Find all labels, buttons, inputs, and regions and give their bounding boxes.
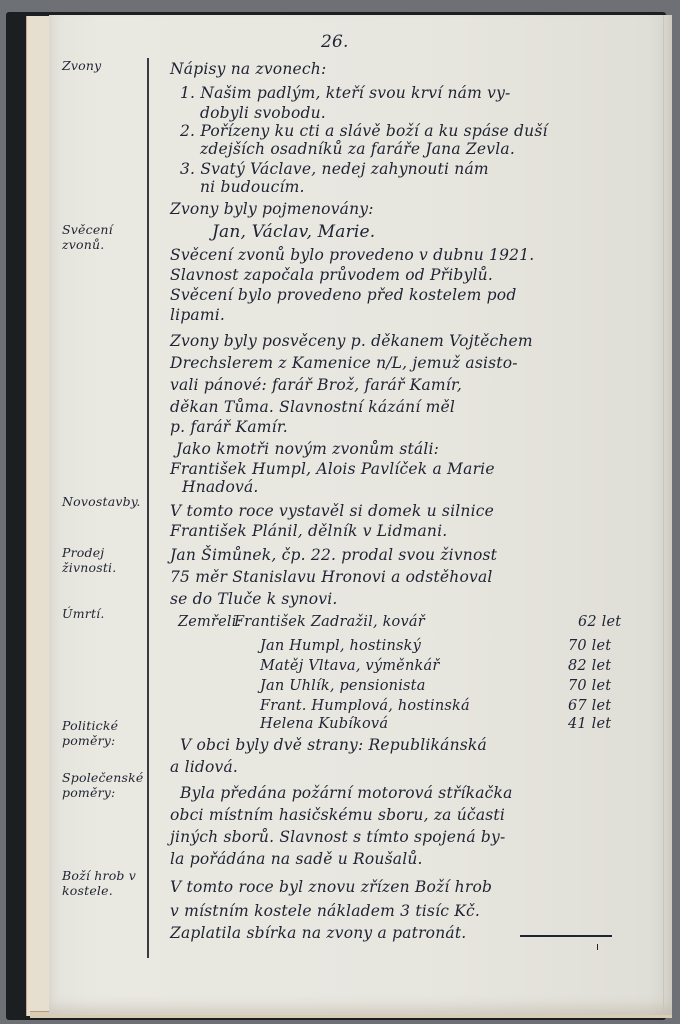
text-line: 2. Pořízeny ku cti a slávě boží a ku spá… xyxy=(180,122,548,140)
pen-tick xyxy=(597,944,598,950)
text-line: Svěcení zvonů bylo provedeno v dubnu 192… xyxy=(170,246,534,264)
side-heading-prodej: Prodej živnosti. xyxy=(62,545,144,575)
death-age: 67 let xyxy=(568,698,611,714)
text-line: Drechslerem z Kamenice n/L, jemuž asisto… xyxy=(170,354,518,372)
text-line: V tomto roce byl znovu zřízen Boží hrob xyxy=(170,878,492,896)
text-line: lipami. xyxy=(170,306,225,324)
text-line: dobyli svobodu. xyxy=(200,104,326,122)
text-line: Zaplatila sbírka na zvony a patronát. xyxy=(170,924,466,942)
text-line: la pořádána na sadě u Roušalů. xyxy=(170,850,423,868)
text-line: Jan Šimůnek, čp. 22. prodal svou živnost xyxy=(170,546,497,564)
text-line: Zvony byly pojmenovány: xyxy=(170,200,374,218)
death-name: Matěj Vltava, výměnkář xyxy=(260,658,439,674)
text-line: Jako kmotři novým zvonům stáli: xyxy=(176,440,439,458)
death-name: Jan Humpl, hostinský xyxy=(260,638,421,654)
side-heading-zvony: Zvony xyxy=(62,58,144,73)
text-line: Zvony byly posvěceny p. děkanem Vojtěche… xyxy=(170,332,533,350)
text-line: V tomto roce vystavěl si domek u silnice xyxy=(170,502,494,520)
side-heading-sveceni: Svěcení zvonů. xyxy=(62,222,144,252)
text-line: František Humpl, Alois Pavlíček a Marie xyxy=(170,460,495,478)
line-end-flourish xyxy=(520,935,612,937)
text-line: 1. Našim padlým, kteří svou krví nám vy- xyxy=(180,84,511,102)
bell-names: Jan, Václav, Marie. xyxy=(212,222,375,242)
side-heading-umrti: Úmrtí. xyxy=(62,606,144,621)
text-line: Hnadová. xyxy=(182,478,259,496)
text-line: ni budoucím. xyxy=(200,178,305,196)
text-line: p. farář Kamír. xyxy=(170,418,288,436)
text-line: obci místním hasičskému sboru, za účasti xyxy=(170,806,505,824)
death-name: Helena Kubíková xyxy=(260,716,388,732)
text-line: V obci byly dvě strany: Republikánská xyxy=(180,736,487,754)
text-line: a lidová. xyxy=(170,758,238,776)
text-line: Svěcení bylo provedeno před kostelem pod xyxy=(170,286,516,304)
death-name: Jan Uhlík, pensionista xyxy=(260,678,426,694)
side-heading-spolecenske: Společenské poměry: xyxy=(62,770,144,800)
death-age: 41 let xyxy=(568,716,611,732)
death-name: Frant. Humplová, hostinská xyxy=(260,698,470,714)
death-age: 82 let xyxy=(568,658,611,674)
text-line: Byla předána požární motorová stříkačka xyxy=(180,784,513,802)
side-heading-politicke: Politické poměry: xyxy=(62,718,144,748)
side-heading-novostavby: Novostavby. xyxy=(62,494,144,509)
death-age: 62 let xyxy=(578,614,621,630)
side-heading-bozi-hrob: Boží hrob v kostele. xyxy=(62,868,144,898)
death-age: 70 let xyxy=(568,678,611,694)
text-line: František Plánil, dělník v Lidmani. xyxy=(170,522,447,540)
text-line: děkan Tůma. Slavnostní kázání měl xyxy=(170,398,455,416)
text-line: v místním kostele nákladem 3 tisíc Kč. xyxy=(170,902,480,920)
death-name: František Zadražil, kovář xyxy=(234,614,425,630)
text-line: 3. Svatý Václave, nedej zahynouti nám xyxy=(180,160,489,178)
text-line: Slavnost započala průvodem od Přibylů. xyxy=(170,266,493,284)
text-line: se do Tluče k synovi. xyxy=(170,590,337,608)
text-line: vali pánové: farář Brož, farář Kamír, xyxy=(170,376,462,394)
deaths-intro: Zemřeli: xyxy=(178,614,242,630)
death-age: 70 let xyxy=(568,638,611,654)
text-line: jiných sborů. Slavnost s tímto spojená b… xyxy=(170,828,505,846)
text-line: zdejších osadníků za faráře Jana Zevla. xyxy=(200,140,515,158)
page-number: 26. xyxy=(321,32,349,52)
text-line: 75 měr Stanislavu Hronovi a odstěhoval xyxy=(170,568,493,586)
text-line: Nápisy na zvonech: xyxy=(170,60,326,78)
margin-rule xyxy=(147,58,149,958)
